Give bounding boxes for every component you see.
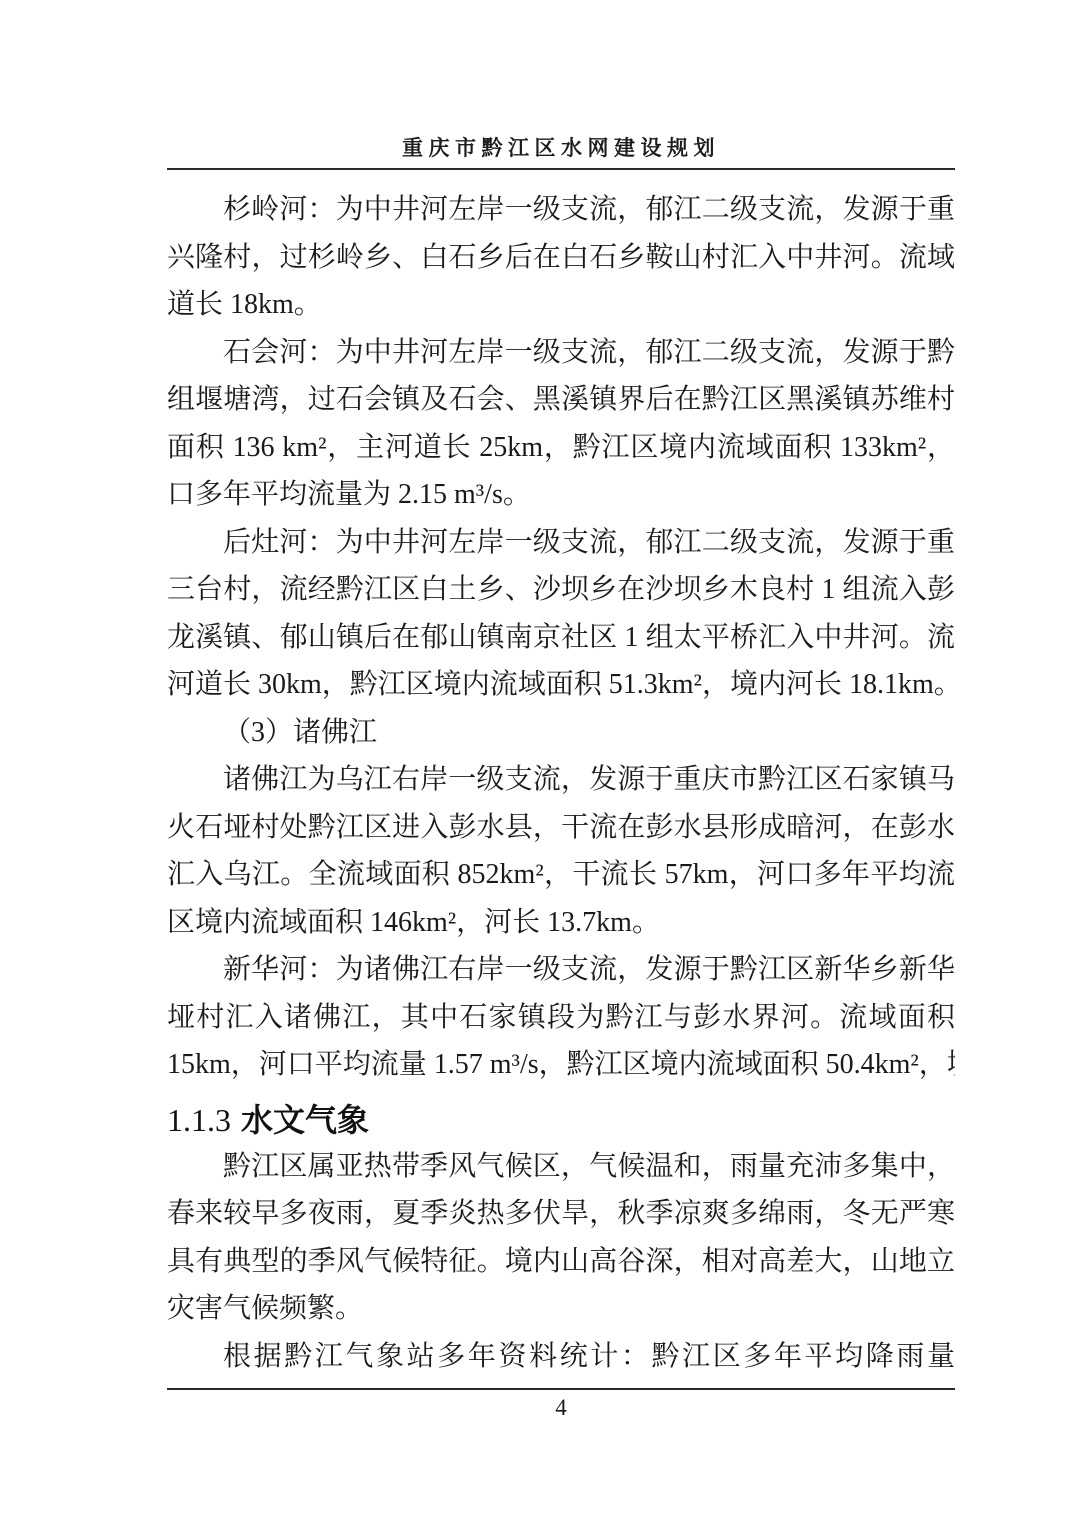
- paragraph-line: 兴隆村，过杉岭乡、白石乡后在白石乡鞍山村汇入中井河。流域面积 86.8km²，主…: [167, 234, 955, 282]
- page-header: 重庆市黔江区水网建设规划: [167, 132, 955, 170]
- page-footer: 4: [167, 1388, 955, 1421]
- page-number: 4: [167, 1395, 955, 1421]
- paragraph-line: 道长 18km。: [167, 281, 955, 329]
- paragraph-line: 灾害气候频繁。: [167, 1285, 955, 1333]
- paragraph-line: （3）诸佛江: [167, 709, 955, 757]
- footer-rule: [167, 1388, 955, 1390]
- paragraph: 石会河：为中井河左岸一级支流，郁江二级支流，发源于黔江区石会镇高峰村 5组堰塘湾…: [167, 329, 955, 519]
- paragraph: 后灶河：为中井河左岸一级支流，郁江二级支流，发源于重庆市黔江区沙坝乡三台村，流经…: [167, 519, 955, 709]
- paragraph-line: 汇入乌江。全流域面积 852km²，干流长 57km，河口多年平均流量 14.2…: [167, 851, 955, 899]
- paragraph-line: 龙溪镇、郁山镇后在郁山镇南京社区 1 组太平桥汇入中井河。流域面积 213 km…: [167, 614, 955, 662]
- paragraph: 诸佛江为乌江右岸一级支流，发源于重庆市黔江区石家镇马脑顶村，于石家镇火石垭村处黔…: [167, 756, 955, 946]
- paragraph: （3）诸佛江: [167, 709, 955, 757]
- paragraph: 黔江区属亚热带季风气候区，气候温和，雨量充沛多集中，光照偏少云雾多，春来较早多夜…: [167, 1143, 955, 1333]
- paragraph-line: 黔江区属亚热带季风气候区，气候温和，雨量充沛多集中，光照偏少云雾多，: [167, 1143, 955, 1191]
- paragraph-line: 三台村，流经黔江区白土乡、沙坝乡在沙坝乡木良村 1 组流入彭水县，在彭水县过: [167, 566, 955, 614]
- document-page: 重庆市黔江区水网建设规划 杉岭河：为中井河左岸一级支流，郁江二级支流，发源于重庆…: [0, 0, 1074, 1520]
- document-content: 杉岭河：为中井河左岸一级支流，郁江二级支流，发源于重庆市黔江区杉岭乡兴隆村，过杉…: [167, 186, 955, 1380]
- section-heading-number: 1.1.3: [167, 1102, 231, 1138]
- paragraph-line: 火石垭村处黔江区进入彭水县，干流在彭水县形成暗河，在彭水县鹿角镇鹿角社区: [167, 804, 955, 852]
- paragraph: 新华河：为诸佛江右岸一级支流，发源于黔江区新华乡新华村，在石家镇火石垭村汇入诸佛…: [167, 946, 955, 1089]
- paragraph: 杉岭河：为中井河左岸一级支流，郁江二级支流，发源于重庆市黔江区杉岭乡兴隆村，过杉…: [167, 186, 955, 329]
- paragraph-line: 面积 136 km²，主河道长 25km，黔江区境内流域面积 133km²，境内…: [167, 424, 955, 472]
- header-title: 重庆市黔江区水网建设规划: [167, 132, 955, 162]
- paragraph-line: 垭村汇入诸佛江，其中石家镇段为黔江与彭水界河。流域面积 61.4km²，主河道长: [167, 994, 955, 1042]
- paragraph-line: 石会河：为中井河左岸一级支流，郁江二级支流，发源于黔江区石会镇高峰村 5: [167, 329, 955, 377]
- paragraph-line: 新华河：为诸佛江右岸一级支流，发源于黔江区新华乡新华村，在石家镇火石: [167, 946, 955, 994]
- paragraph-line: 具有典型的季风气候特征。境内山高谷深，相对高差大，山地立体气候特征明显，: [167, 1238, 955, 1286]
- paragraph-line: 后灶河：为中井河左岸一级支流，郁江二级支流，发源于重庆市黔江区沙坝乡: [167, 519, 955, 567]
- paragraph: 根据黔江气象站多年资料统计：黔江区多年平均降雨量 1213.0mm，最大年降雨: [167, 1333, 955, 1381]
- section-heading: 1.1.3水文气象: [167, 1097, 955, 1143]
- paragraph-line: 诸佛江为乌江右岸一级支流，发源于重庆市黔江区石家镇马脑顶村，于石家镇: [167, 756, 955, 804]
- paragraph-line: 根据黔江气象站多年资料统计：黔江区多年平均降雨量 1213.0mm，最大年降雨: [167, 1333, 955, 1381]
- paragraph-line: 河道长 30km，黔江区境内流域面积 51.3km²，境内河长 18.1km。: [167, 661, 955, 709]
- paragraph-line: 春来较早多夜雨，夏季炎热多伏旱，秋季凉爽多绵雨，冬无严寒少霜雪。无霜期长，: [167, 1190, 955, 1238]
- paragraph-line: 口多年平均流量为 2.15 m³/s。: [167, 471, 955, 519]
- paragraph-line: 15km，河口平均流量 1.57 m³/s，黔江区境内流域面积 50.4km²，…: [167, 1041, 955, 1089]
- paragraph-line: 区境内流域面积 146km²，河长 13.7km。: [167, 899, 955, 947]
- paragraph-line: 杉岭河：为中井河左岸一级支流，郁江二级支流，发源于重庆市黔江区杉岭乡: [167, 186, 955, 234]
- paragraph-line: 组堰塘湾，过石会镇及石会、黑溪镇界后在黔江区黑溪镇苏维村汇入中井河。流域: [167, 376, 955, 424]
- section-heading-text: 水文气象: [241, 1101, 369, 1139]
